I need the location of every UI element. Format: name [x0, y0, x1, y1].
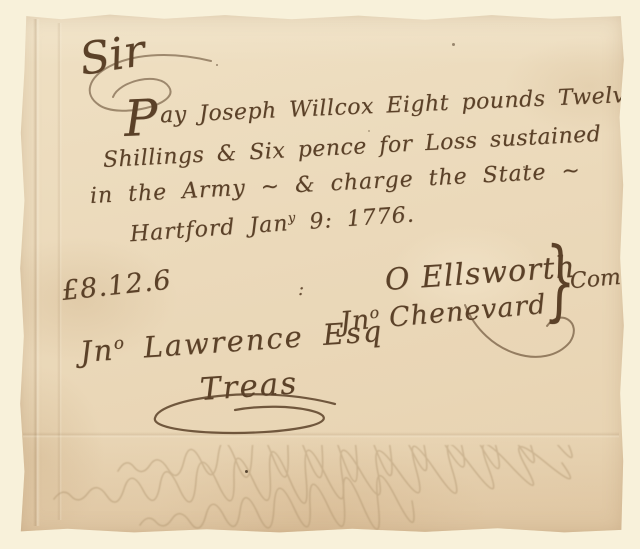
- separator-mark: :: [298, 279, 304, 300]
- committee-title-superscript: r: [620, 264, 627, 279]
- order-line-1-text: ay Joseph Willcox Eight pounds Twelve: [160, 83, 640, 129]
- manuscript-paper: Sir Pay Joseph Willcox Eight pounds Twel…: [19, 13, 625, 534]
- addressee-title: Treas: [199, 365, 300, 408]
- dateline: Hartford Jany 9: 1776.: [129, 202, 415, 247]
- committee-title-text: Com: [569, 265, 622, 294]
- amount-figure: £8.12.6: [60, 265, 173, 307]
- addressee-rest: Lawrence Esq: [123, 314, 384, 366]
- ornate-initial: P: [123, 89, 160, 148]
- addressee: Jno Lawrence Esq: [79, 314, 385, 369]
- foxing-speck: [452, 43, 455, 46]
- bleedthrough-writing: [40, 445, 615, 540]
- vertical-fold-crease: [57, 23, 62, 520]
- salutation: Sir: [76, 25, 148, 86]
- committee-title: Comr: [569, 264, 628, 294]
- dateline-place-month: Hartford Jan: [129, 211, 289, 247]
- vertical-fold-crease: [33, 19, 40, 526]
- ink-speck: [245, 470, 248, 473]
- document-photo: Sir Pay Joseph Willcox Eight pounds Twel…: [0, 0, 640, 549]
- dateline-day-year: 9: 1776.: [295, 202, 416, 235]
- horizontal-fold-crease: [23, 432, 619, 438]
- order-line-1: Pay Joseph Willcox Eight pounds Twelve: [123, 83, 639, 130]
- foxing-speck: [216, 64, 218, 66]
- foxing-speck: [368, 130, 370, 132]
- addressee-base: Jn: [79, 333, 116, 369]
